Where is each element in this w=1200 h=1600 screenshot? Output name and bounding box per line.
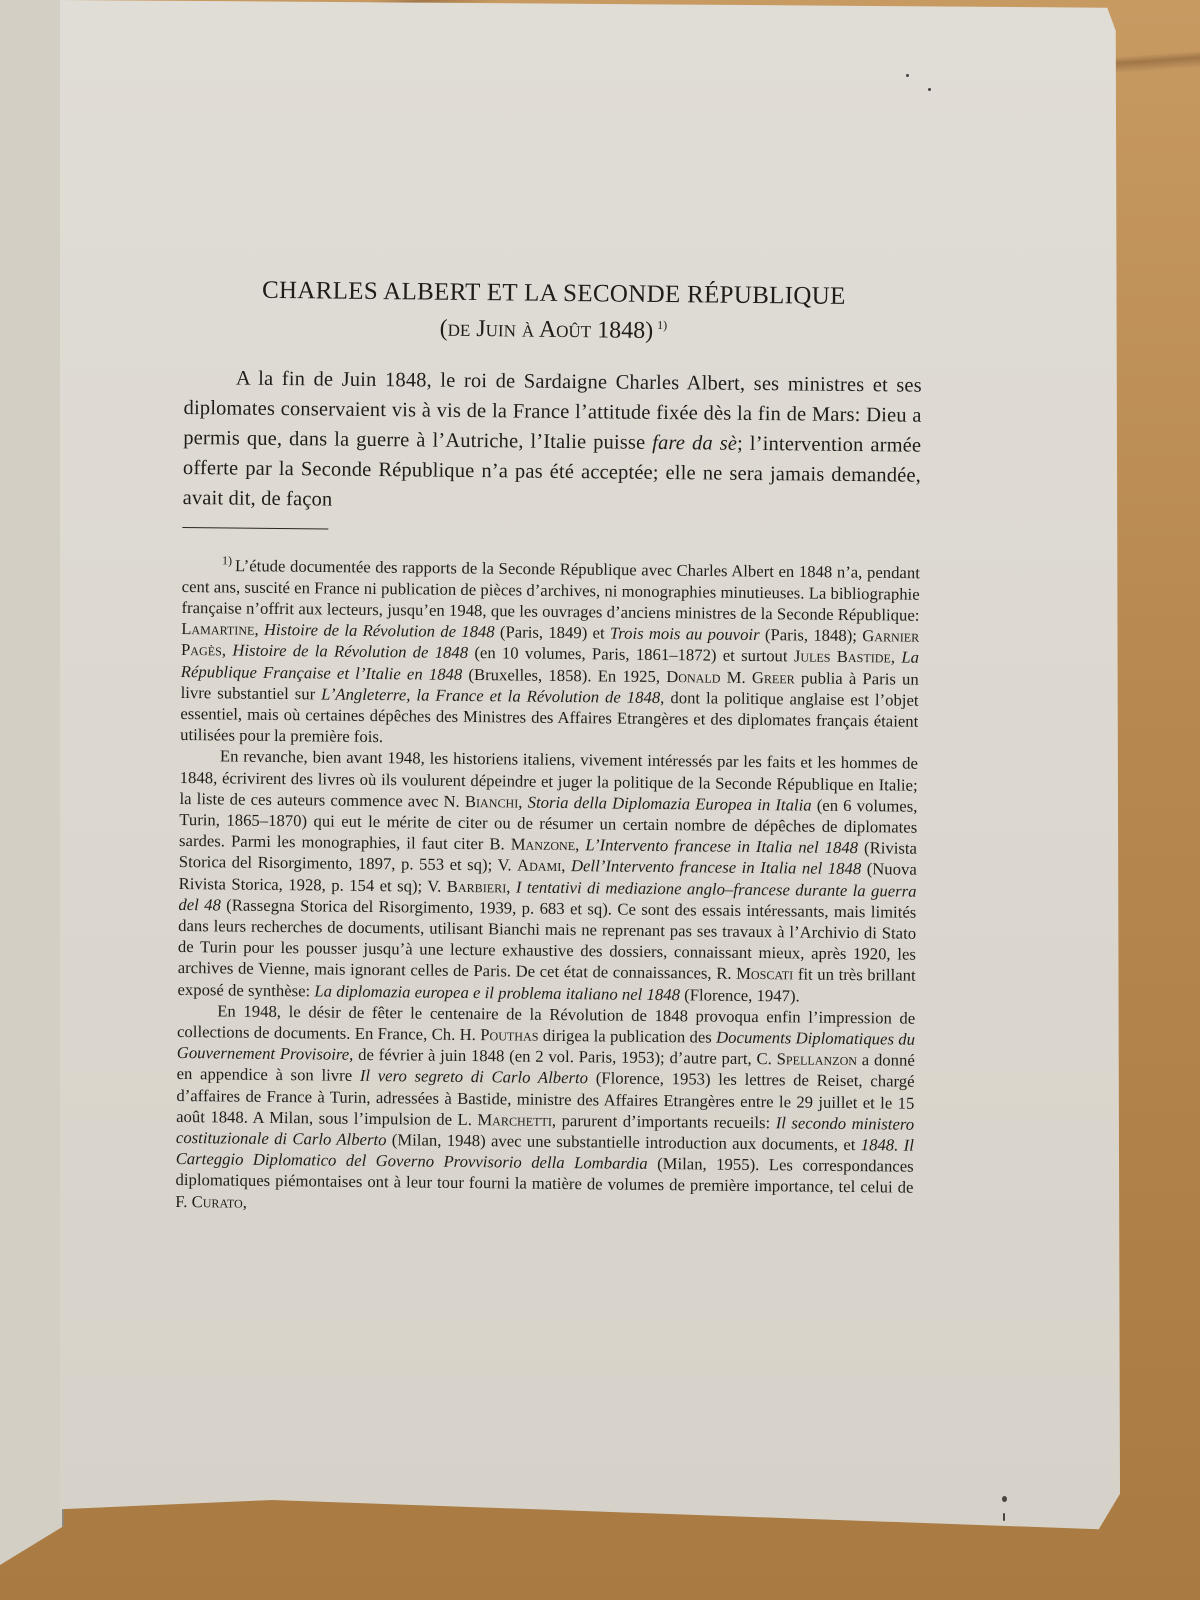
footnote-text: , xyxy=(243,1192,247,1211)
cited-title: Storia della Diplomazia Europea in Itali… xyxy=(528,792,812,814)
author-name: Pouthas xyxy=(480,1025,538,1045)
cited-title: Il vero segreto di Carlo Alberto xyxy=(360,1066,588,1087)
footnote-text: , xyxy=(575,835,585,854)
footnote: 1)L’étude documentée des rapports de la … xyxy=(175,550,920,1220)
footnote-separator-rule xyxy=(182,527,328,530)
italic-phrase: fare da sè xyxy=(652,432,737,455)
footnote-text: (Bruxelles, 1858). En 1925, xyxy=(462,664,666,685)
author-name: Spellanzon xyxy=(777,1049,858,1069)
cited-title: La diplomazia europea e il problema ital… xyxy=(314,981,680,1004)
author-name: Donald M. Greer xyxy=(666,667,795,687)
paper-speck xyxy=(1002,1496,1007,1502)
footnote-text: , xyxy=(254,620,264,639)
paper-speck xyxy=(928,88,931,91)
body-paragraph: A la fin de Juin 1848, le roi de Sardaig… xyxy=(183,363,923,521)
author-name: Bianchi xyxy=(465,792,519,812)
article: CHARLES ALBERT ET LA SECONDE RÉPUBLIQUE … xyxy=(175,275,923,1220)
paper-speck xyxy=(1003,1513,1005,1521)
footnote-text: (Florence, 1947). xyxy=(680,985,800,1005)
footnote-text: , parurent d’importants recueils: xyxy=(552,1111,776,1132)
author-name: Adami xyxy=(517,856,561,875)
footnote-text: L’étude documentée des rapports de la Se… xyxy=(181,556,920,625)
footnote-text: (Milan, 1948) avec une substantielle int… xyxy=(386,1130,860,1154)
footnote-marker: 1) xyxy=(222,553,232,567)
cited-title: Histoire de la Révolution de 1848 xyxy=(264,620,495,641)
footnote-text: dirigea la publication des xyxy=(538,1026,716,1047)
cited-title: L’Intervento francese in Italia nel 1848 xyxy=(585,835,858,857)
footnote-text: , xyxy=(561,856,571,875)
footnote-text: , xyxy=(222,641,233,660)
author-name: Barbieri xyxy=(447,876,507,896)
footnote-text: (en 10 volumes, Paris, 1861–1872) et sur… xyxy=(468,643,794,665)
footnote-text: , de février à juin 1848 (en 2 vol. Pari… xyxy=(349,1045,777,1068)
footnote-text: (Paris, 1849) et xyxy=(495,622,610,642)
footnote-paragraph-2: En revanche, bien avant 1948, les histor… xyxy=(177,745,918,1007)
cited-title: Trois mois au pouvoir xyxy=(610,624,760,645)
author-name: Manzone xyxy=(511,835,576,855)
previous-page-edge xyxy=(0,0,64,1565)
author-name: Marchetti xyxy=(477,1110,552,1130)
author-name: Jules Bastide xyxy=(794,647,891,667)
footnote-text: (Paris, 1848); xyxy=(760,625,863,645)
cited-title: L’Angleterre, la France et la Révolution… xyxy=(321,684,660,707)
paper-speck xyxy=(906,74,909,77)
author-name: Curato xyxy=(192,1192,243,1212)
footnote-reference[interactable]: 1) xyxy=(657,318,667,332)
footnote-paragraph-1: 1)L’étude documentée des rapports de la … xyxy=(180,550,920,753)
footnote-text: , xyxy=(506,877,516,896)
author-name: Lamartine xyxy=(181,619,254,639)
author-name: Moscati xyxy=(736,964,793,984)
cited-title: Dell’Intervento francese in Italia nel 1… xyxy=(571,856,861,878)
footnote-paragraph-3: En 1948, le désir de fêter le centenaire… xyxy=(175,1000,915,1220)
footnote-text: , xyxy=(518,792,528,811)
subtitle-text: (de Juin à Août 1848) xyxy=(440,316,654,344)
footnote-text: , xyxy=(891,648,902,667)
cited-title: Histoire de la Révolution de 1848 xyxy=(232,641,468,662)
